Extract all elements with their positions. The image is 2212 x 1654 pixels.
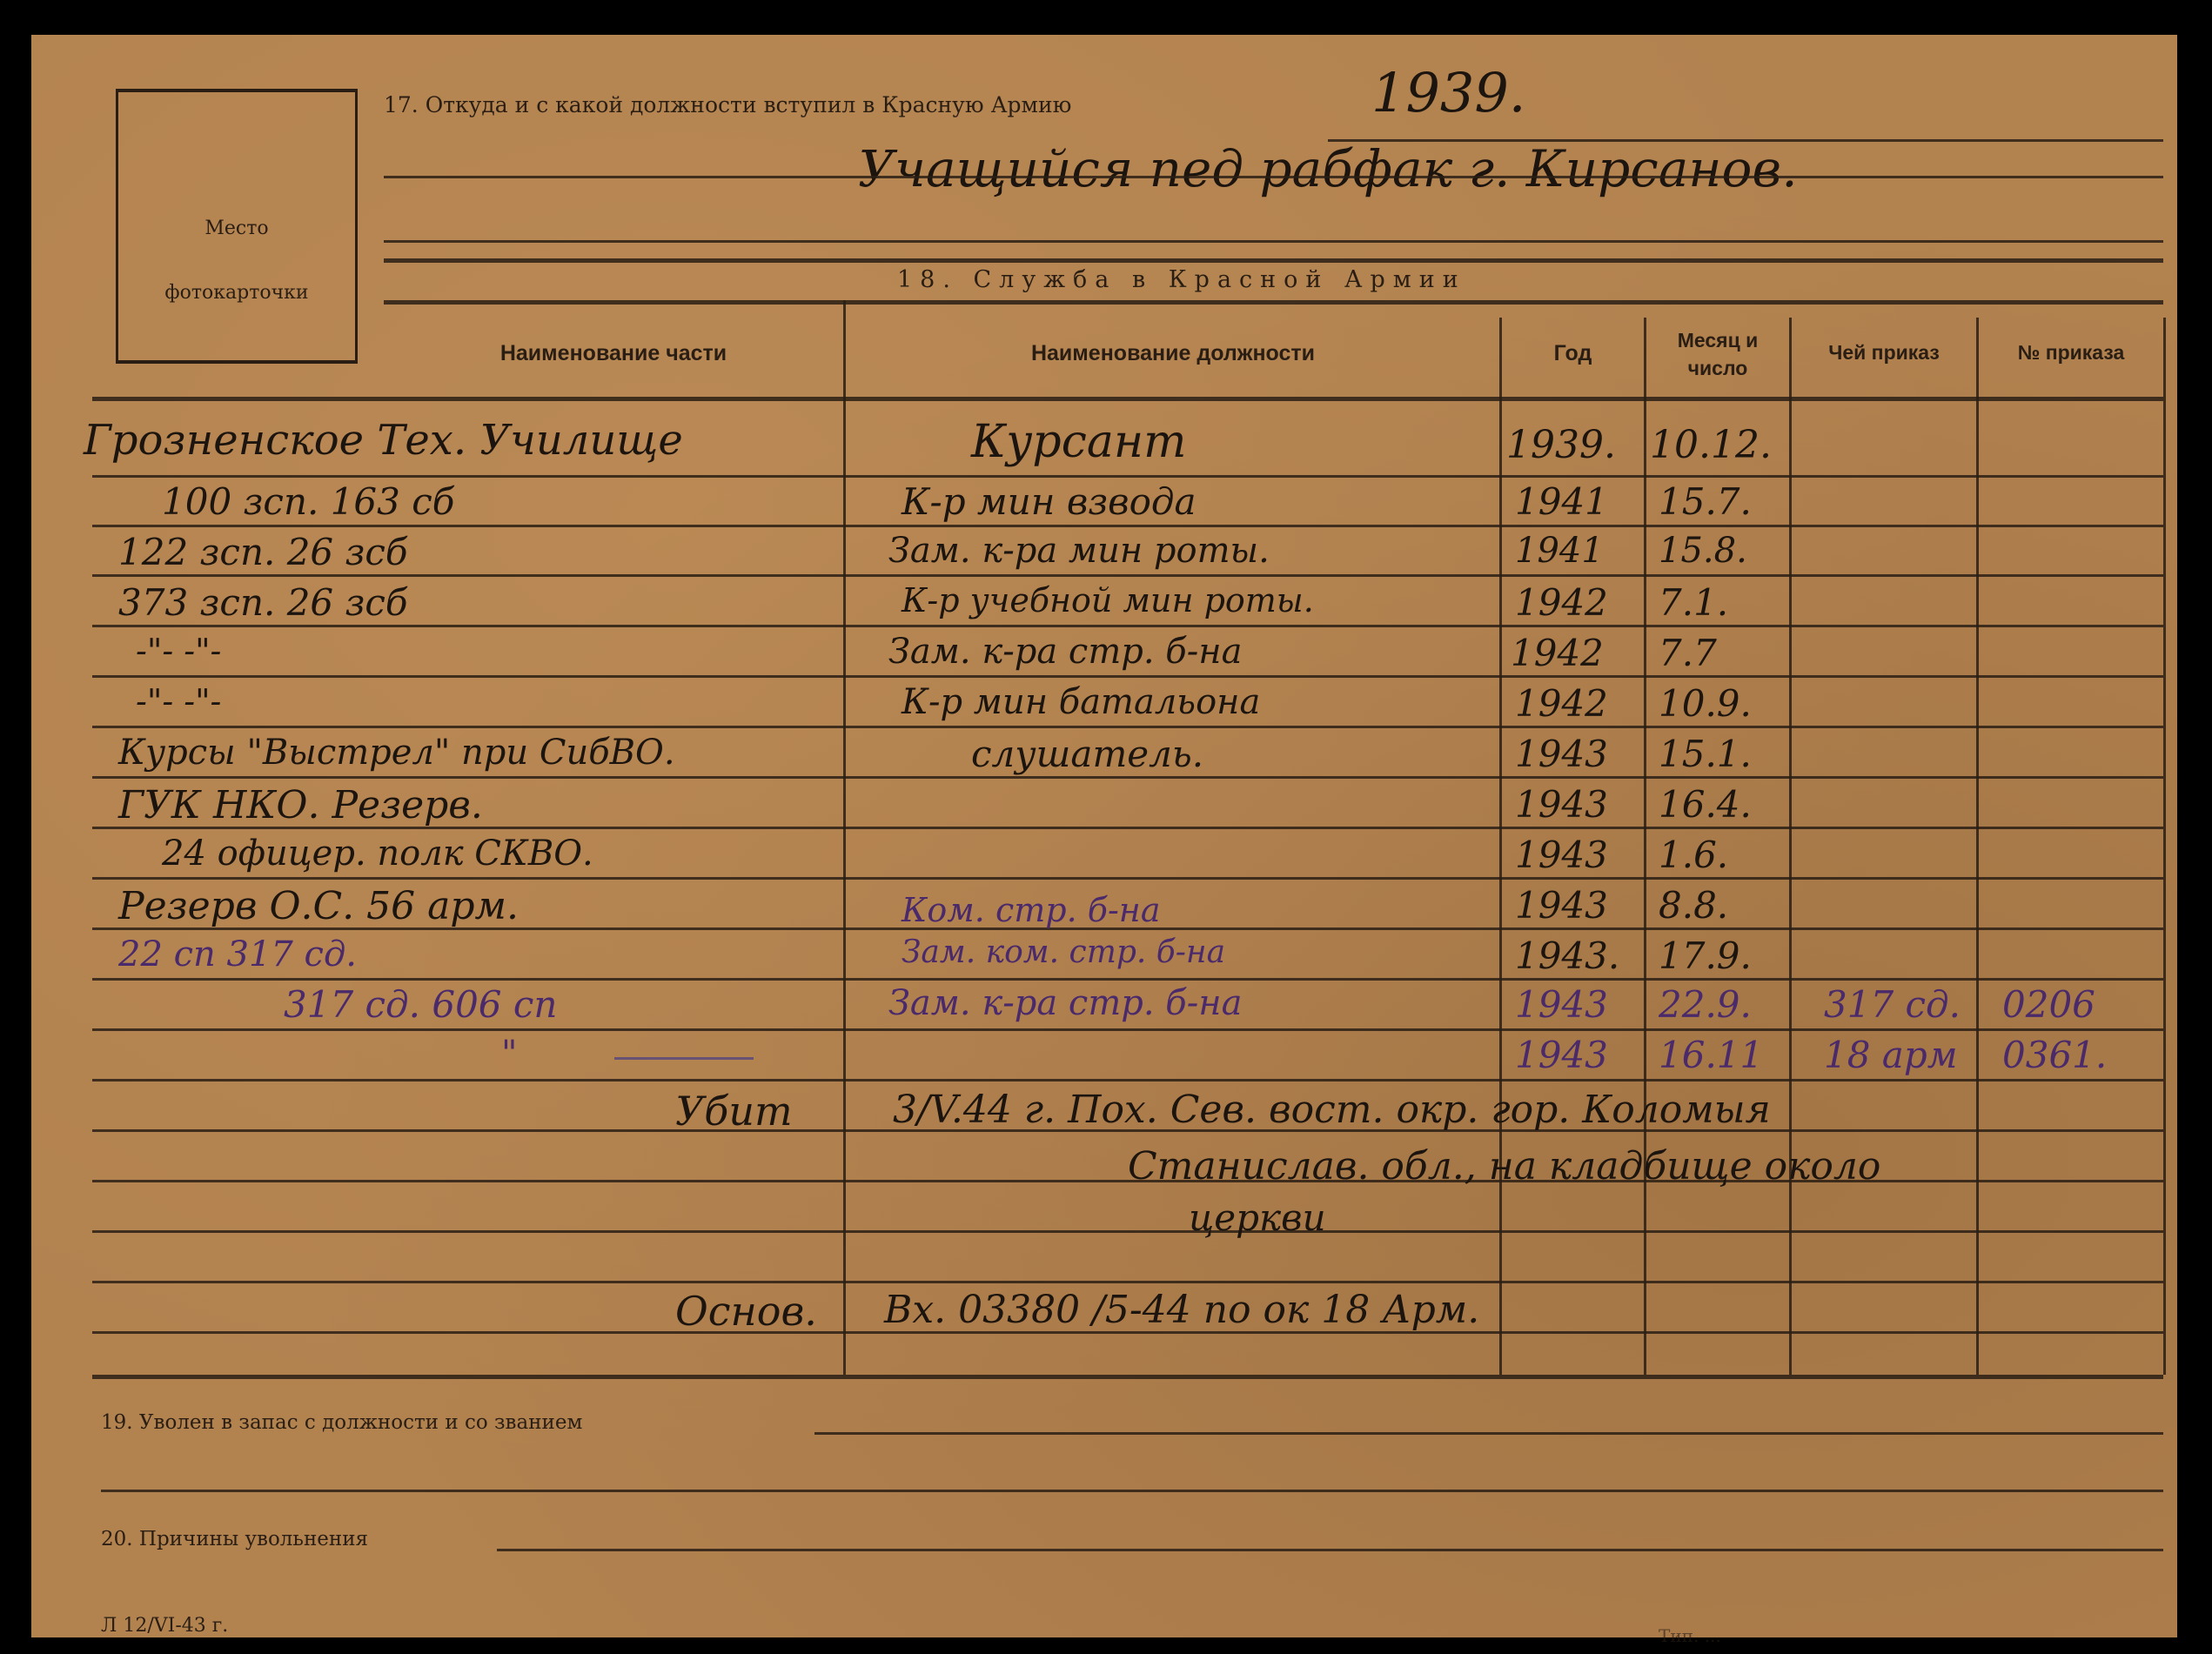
row9-year: 1943 <box>1515 884 1608 927</box>
row9-date: 8.8. <box>1659 884 1728 927</box>
col-header-position: Наименование должности <box>846 341 1500 366</box>
col-header-year: Год <box>1502 341 1644 366</box>
row4-unit: -"- -"- <box>136 632 221 670</box>
document-sheet: Место фотокарточки 17. Откуда и с какой … <box>31 35 2177 1637</box>
col-header-date: Месяц и число <box>1646 326 1789 382</box>
row12-order-no: 0361. <box>2002 1034 2107 1076</box>
note-basis-text: Вх. 03380 /5-44 по ок 18 Арм. <box>884 1288 1479 1332</box>
row4-year: 1942 <box>1511 632 1604 674</box>
row0-position: Курсант <box>971 416 1186 468</box>
field17-year: 1939. <box>1371 61 1526 124</box>
row7-year: 1943 <box>1515 783 1608 826</box>
photo-label-line2: фотокарточки <box>118 282 355 304</box>
field19-label: 19. Уволен в запас с должности и со зван… <box>101 1411 582 1434</box>
row8-date: 1.6. <box>1659 834 1728 876</box>
row12-year: 1943 <box>1515 1034 1608 1076</box>
row10-year: 1943. <box>1515 934 1619 977</box>
note-killed-label: Убит <box>675 1088 793 1135</box>
row12-date: 16.11 <box>1659 1034 1763 1076</box>
col-header-unit: Наименование части <box>384 341 843 366</box>
row5-date: 10.9. <box>1659 682 1752 725</box>
row9-unit: Резерв О.С. 56 арм. <box>118 884 519 928</box>
row3-year: 1942 <box>1515 581 1608 624</box>
section18-title: 18. Служба в Красной Армии <box>897 266 1466 293</box>
row10-unit: 22 сп 317 сд. <box>118 934 357 974</box>
row6-position: слушатель. <box>971 733 1203 775</box>
row3-unit: 373 зсп. 26 зсб <box>118 581 408 624</box>
row2-position: Зам. к-ра мин роты. <box>888 531 1270 571</box>
row12-order-by: 18 арм <box>1824 1034 1958 1076</box>
col-divider <box>843 300 846 1375</box>
note-burial-line3: церкви <box>1189 1196 1326 1239</box>
row3-date: 7.1. <box>1659 581 1728 624</box>
row1-position: К-р мин взвода <box>902 480 1196 523</box>
form-code: Л 12/VI-43 г. <box>101 1615 228 1637</box>
photo-placeholder-box: Место фотокарточки <box>116 89 358 364</box>
row10-position: Зам. ком. стр. б-на <box>902 934 1225 970</box>
row1-year: 1941 <box>1515 480 1608 523</box>
col-header-order-by: Чей приказ <box>1792 341 1976 365</box>
row7-date: 16.4. <box>1659 783 1752 826</box>
note-basis-label: Основ. <box>675 1288 817 1335</box>
row4-position: Зам. к-ра стр. б-на <box>888 632 1242 672</box>
row8-unit: 24 офицер. полк СКВО. <box>162 834 593 874</box>
row11-position: Зам. к-ра стр. б-на <box>888 983 1242 1023</box>
row2-date: 15.8. <box>1659 531 1747 571</box>
photo-label-line1: Место <box>118 218 355 239</box>
row12-unit: " <box>501 1034 517 1074</box>
row0-unit: Грозненское Тех. Училище <box>84 416 683 465</box>
row1-unit: 100 зсп. 163 сб <box>162 480 454 523</box>
note-killed-text: 3/V.44 г. Пох. Сев. вост. окр. гор. Коло… <box>893 1088 1771 1132</box>
row2-unit: 122 зсп. 26 зсб <box>118 531 408 573</box>
field17-label: 17. Откуда и с какой должности вступил в… <box>384 92 1071 117</box>
row7-unit: ГУК НКО. Резерв. <box>118 783 483 827</box>
col-header-order-no: № приказа <box>1979 341 2163 365</box>
row11-unit: 317 сд. 606 сп <box>284 983 557 1026</box>
row5-unit: -"- -"- <box>136 682 221 720</box>
row1-date: 15.7. <box>1659 480 1752 523</box>
row2-year: 1941 <box>1515 531 1604 571</box>
row9-position: Ком. стр. б-на <box>902 891 1160 929</box>
row6-unit: Курсы "Выстрел" при СибВО. <box>118 733 675 773</box>
row5-year: 1942 <box>1515 682 1608 725</box>
row6-year: 1943 <box>1515 733 1608 775</box>
col-divider <box>2163 318 2166 1375</box>
field20-label: 20. Причины увольнения <box>101 1528 368 1550</box>
printer-mark: Тип. ... <box>1659 1625 1721 1646</box>
field17-value: Учащийся пед рабфак г. Кирсанов. <box>858 139 1798 198</box>
row5-position: К-р мин батальона <box>902 682 1260 722</box>
row8-year: 1943 <box>1515 834 1608 876</box>
row11-order-by: 317 сд. <box>1824 983 1961 1026</box>
row4-date: 7.7 <box>1659 632 1717 674</box>
note-burial-line2: Станислав. обл., на кладбище около <box>1128 1144 1880 1189</box>
row11-date: 22.9. <box>1659 983 1752 1026</box>
row0-year: 1939. <box>1506 423 1616 467</box>
row3-position: К-р учебной мин роты. <box>902 581 1314 619</box>
row11-year: 1943 <box>1515 983 1608 1026</box>
row0-date: 10.12. <box>1650 423 1772 467</box>
row6-date: 15.1. <box>1659 733 1752 775</box>
row11-order-no: 0206 <box>2002 983 2095 1026</box>
row10-date: 17.9. <box>1659 934 1752 977</box>
